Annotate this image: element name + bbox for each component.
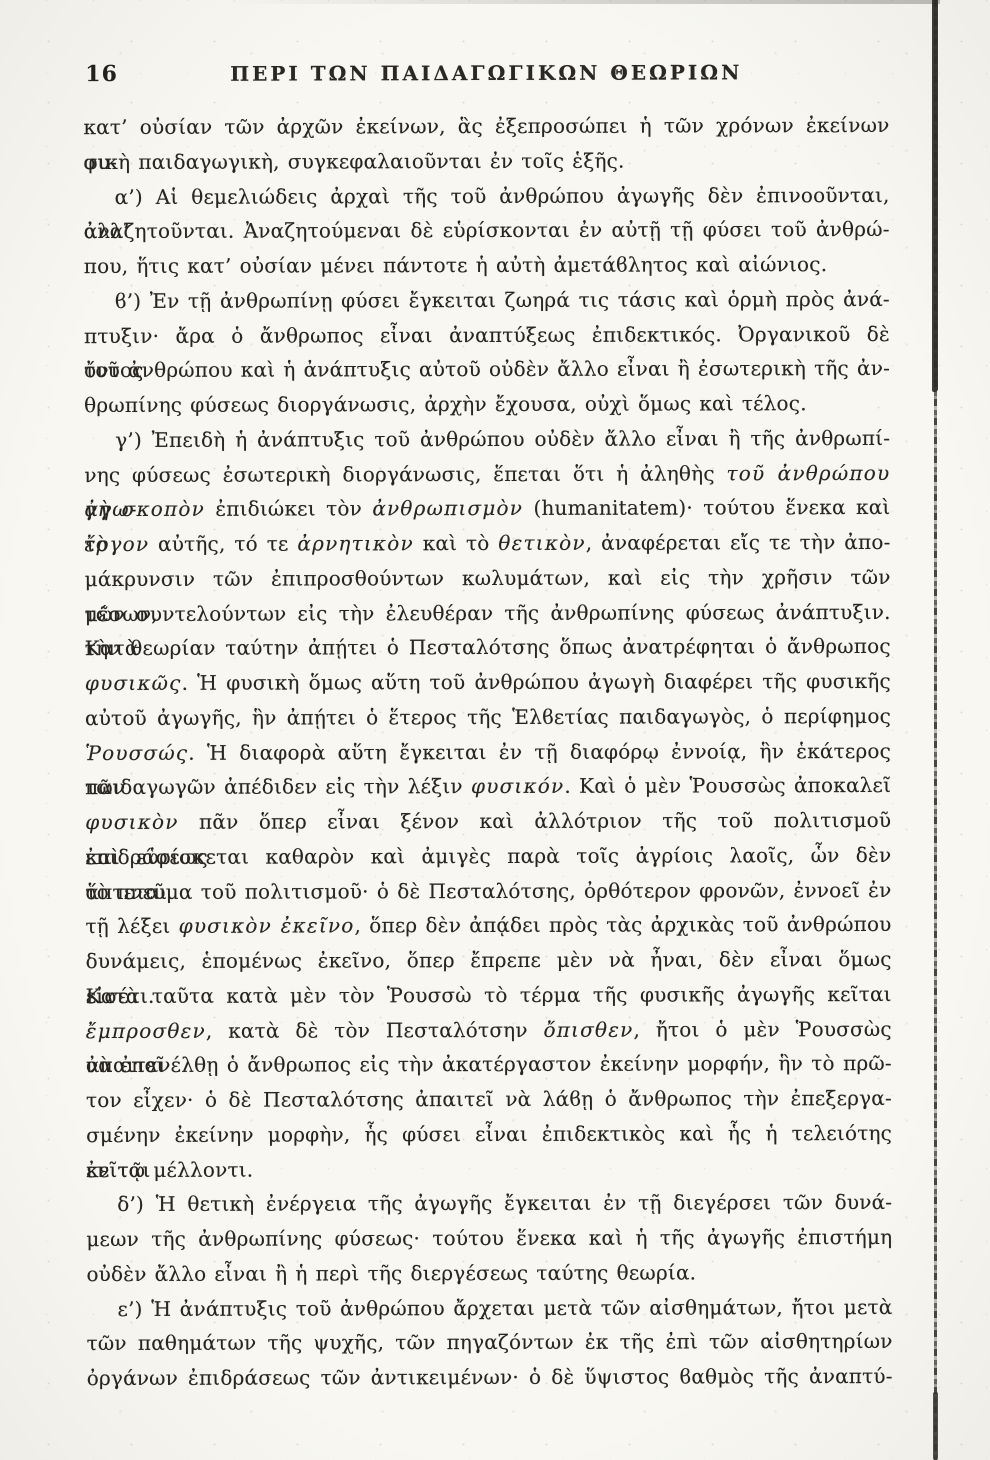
- text-line: τὴν θεωρίαν ταύτην ἀπῄτει ὁ Πεσταλότσης …: [85, 629, 891, 666]
- text-line: τὸ πνεῦμα τοῦ πολιτισμοῦ· ὁ δὲ Πεσταλότσ…: [85, 872, 891, 909]
- text-line: Κατὰ ταῦτα κατὰ μὲν τὸν Ῥουσσὼ τὸ τέρμα …: [86, 977, 892, 1014]
- scanned-book-page: 16 ΠΕΡΙ ΤΩΝ ΠΑΙΔΑΓΩΓΙΚΩΝ ΘΕΩΡΙΩΝ κατ’ οὐ…: [0, 0, 990, 1460]
- text-line: γ’) Ἐπειδὴ ἡ ἀνάπτυξις τοῦ ἀνθρώπου οὐδὲ…: [84, 421, 890, 458]
- text-line: ἔμπροσθεν, κατὰ δὲ τὸν Πεσταλότσην ὄπισθ…: [86, 1011, 892, 1048]
- text-line: α’) Αἱ θεμελιώδεις ἀρχαὶ τῆς τοῦ ἀνθρώπο…: [84, 177, 890, 214]
- gutter-binding-line-bottom-segment: [933, 1392, 938, 1460]
- text-line: νης φύσεως ἐσωτερικὴ διοργάνωσις, ἕπεται…: [84, 455, 890, 492]
- text-line: σμένην ἐκείνην μορφὴν, ἧς φύσει εἶναι ἐπ…: [86, 1116, 892, 1153]
- text-line: που, ἥτις κατ’ οὐσίαν μένει πάντοτε ἡ αὐ…: [84, 247, 890, 284]
- scan-top-edge-smudge: [225, 0, 940, 4]
- page-content: 16 ΠΕΡΙ ΤΩΝ ΠΑΙΔΑΓΩΓΙΚΩΝ ΘΕΩΡΙΩΝ κατ’ οὐ…: [0, 0, 990, 1460]
- text-line: ἀναζητοῦνται. Ἀναζητούμεναι δὲ εὑρίσκοντ…: [84, 212, 890, 249]
- text-line: μάκρυνσιν τῶν ἐπιπροσθούντων κωλυμάτων, …: [85, 560, 891, 597]
- text-line: φυσικὸν πᾶν ὅπερ εἶναι ξένον καὶ ἀλλότρι…: [85, 803, 891, 840]
- text-line: τῶν συντελούντων εἰς τὴν ἐλευθέραν τῆς ἀ…: [85, 594, 891, 631]
- text-line: παιδαγωγῶν ἀπέδιδεν εἰς τὴν λέξιν φυσικό…: [85, 768, 891, 805]
- text-line: ἐν τῷ μέλλοντι.: [86, 1150, 892, 1187]
- text-line: φυσικῶς. Ἡ φυσικὴ ὅμως αὕτη τοῦ ἀνθρώπου…: [85, 664, 891, 701]
- gutter-binding-line-top-segment: [932, 0, 938, 392]
- text-line: τῶν παθημάτων τῆς ψυχῆς, τῶν πηγαζόντων …: [87, 1324, 893, 1361]
- text-line: μεων τῆς ἀνθρωπίνης φύσεως· τούτου ἕνεκα…: [86, 1220, 892, 1257]
- text-line: ἔργον αὐτῆς, τό τε ἀρνητικὸν καὶ τὸ θετι…: [84, 525, 890, 562]
- text-line: οὐδὲν ἄλλο εἶναι ἢ ἡ περὶ τῆς διεργέσεως…: [86, 1255, 892, 1292]
- text-line: δυνάμεις, ἑπομένως ἐκεῖνο, ὅπερ ἔπρεπε μ…: [86, 942, 892, 979]
- text-line: κατ’ οὐσίαν τῶν ἀρχῶν ἐκείνων, ἃς ἐξεπρο…: [83, 108, 889, 145]
- text-line: Ῥουσσώς. Ἡ διαφορὰ αὕτη ἔγκειται ἐν τῇ δ…: [85, 733, 891, 770]
- text-line: αὐτοῦ ἀγωγῆς, ἣν ἀπῄτει ὁ ἕτερος τῆς Ἑλϐ…: [85, 699, 891, 736]
- text-line: νὰ ἐπανέλθῃ ὁ ἄνθρωπος εἰς τὴν ἀκατέργασ…: [86, 1046, 892, 1083]
- text-line: ϐ’) Ἐν τῇ ἀνθρωπίνῃ φύσει ἔγκειται ζωηρά…: [84, 282, 890, 319]
- text-line: ὀργάνων ἐπιδράσεως τῶν ἀντικειμένων· ὁ δ…: [87, 1359, 893, 1396]
- text-line: τοῦ ἀνθρώπου καὶ ἡ ἀνάπτυξις αὐτοῦ οὐδὲν…: [84, 351, 890, 388]
- body-text: κατ’ οὐσίαν τῶν ἀρχῶν ἐκείνων, ἃς ἐξεπρο…: [83, 108, 892, 1396]
- text-line: τον εἶχεν· ὁ δὲ Πεσταλότσης ἀπαιτεῖ νὰ λ…: [86, 1081, 892, 1118]
- text-line: γὴ σκοπὸν ἐπιδιώκει τὸν ἀνθρωπισμὸν (hum…: [84, 490, 890, 527]
- text-line: δ’) Ἡ θετικὴ ἐνέργεια τῆς ἀγωγῆς ἔγκειτα…: [86, 1185, 892, 1222]
- running-head: ΠΕΡΙ ΤΩΝ ΠΑΙΔΑΓΩΓΙΚΩΝ ΘΕΩΡΙΩΝ: [83, 60, 889, 86]
- text-line: θρωπίνης φύσεως διοργάνωσις, ἀρχὴν ἔχουσ…: [84, 386, 890, 423]
- text-line: πτυξιν· ἄρα ὁ ἄνθρωπος εἶναι ἀναπτύξεως …: [84, 316, 890, 353]
- text-line: καὶ εὑρίσκεται καθαρὸν καὶ ἀμιγὲς παρὰ τ…: [85, 838, 891, 875]
- text-line: ε’) Ἡ ἀνάπτυξις τοῦ ἀνθρώπου ἄρχεται μετ…: [86, 1289, 892, 1326]
- text-line: σικὴ παιδαγωγικὴ, συγκεφαλαιοῦνται ἐν το…: [83, 143, 889, 180]
- text-line: τῇ λέξει φυσικὸν ἐκεῖνο, ὅπερ δὲν ἀπᾴδει…: [85, 907, 891, 944]
